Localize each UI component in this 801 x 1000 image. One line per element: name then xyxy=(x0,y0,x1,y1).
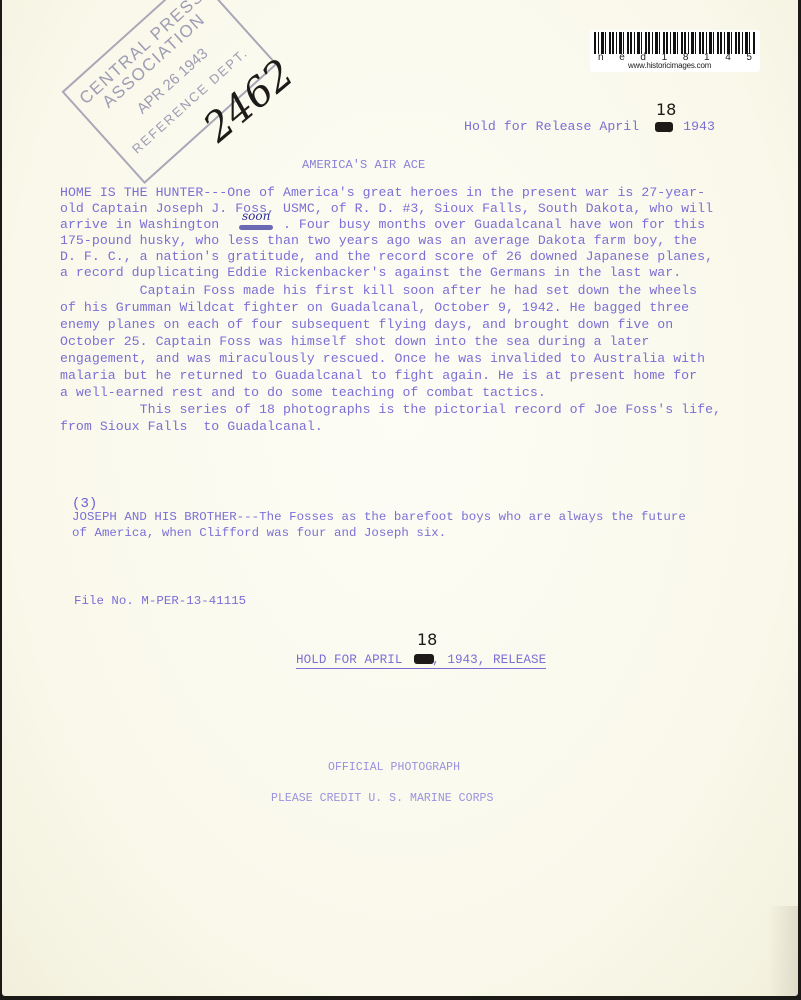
photo-caption-line: JOSEPH AND HIS BROTHER---The Fosses as t… xyxy=(72,509,686,525)
official-photograph-label: OFFICIAL PHOTOGRAPH xyxy=(328,760,460,776)
handwritten-release-day: 18 xyxy=(656,100,676,119)
release-header-year: , 1943 xyxy=(667,119,715,134)
release-header-prefix: Hold for Release April xyxy=(464,119,647,134)
caption-line: of his Grumman Wildcat fighter on Guadal… xyxy=(60,300,689,316)
caption-line: Captain Foss made his first kill soon af… xyxy=(60,283,697,299)
handwritten-correction: soon xyxy=(242,209,270,223)
caption-line: malaria but he returned to Guadalcanal t… xyxy=(60,368,697,384)
release-header: Hold for Release April , 1943 xyxy=(464,119,715,135)
document-title: AMERICA'S AIR ACE xyxy=(302,157,425,173)
caption-line: October 25. Captain Foss was himself sho… xyxy=(60,334,649,350)
caption-line: arrive in Washington . Four busy months … xyxy=(60,217,705,233)
struck-out-word xyxy=(239,225,273,230)
barcode-website: www.historicimages.com xyxy=(628,61,711,70)
file-number: File No. M-PER-13-41115 xyxy=(74,593,246,609)
struck-out-date xyxy=(414,654,434,664)
barcode-icon xyxy=(594,32,756,54)
credit-line: PLEASE CREDIT U. S. MARINE CORPS xyxy=(271,791,493,807)
barcode-char: e xyxy=(619,52,625,63)
barcode-label: n e d 1 8 1 4 5 www.historicimages.com xyxy=(590,30,760,72)
handwritten-release-day: 18 xyxy=(417,630,437,649)
caption-line: old Captain Joseph J. Foss, USMC, of R. … xyxy=(60,201,713,217)
caption-line: HOME IS THE HUNTER---One of America's gr… xyxy=(60,185,705,201)
struck-out-date xyxy=(655,122,673,132)
barcode-char: 4 xyxy=(725,52,731,63)
caption-line: a record duplicating Eddie Rickenbacker'… xyxy=(60,265,681,281)
barcode-char: n xyxy=(598,52,604,63)
caption-line: a well-earned rest and to do some teachi… xyxy=(60,385,546,401)
caption-line: This series of 18 photographs is the pic… xyxy=(60,402,721,418)
caption-line: from Sioux Falls to Guadalcanal. xyxy=(60,419,323,435)
press-photo-back: CENTRAL PRESS ASSOCIATION APR 26 1943 RE… xyxy=(2,0,798,996)
paper-curl-shadow xyxy=(768,906,798,996)
caption-line: engagement, and was miraculously rescued… xyxy=(60,351,705,367)
caption-line: enemy planes on each of four subsequent … xyxy=(60,317,673,333)
release-footer-year: , 1943, RELEASE xyxy=(432,653,546,667)
caption-line: D. F. C., a nation's gratitude, and the … xyxy=(60,249,713,265)
release-footer-prefix: HOLD FOR APRIL xyxy=(296,653,410,667)
photo-caption-line: of America, when Clifford was four and J… xyxy=(72,525,446,541)
caption-line: 175-pound husky, who less than two years… xyxy=(60,233,697,249)
barcode-char: 5 xyxy=(746,52,752,63)
